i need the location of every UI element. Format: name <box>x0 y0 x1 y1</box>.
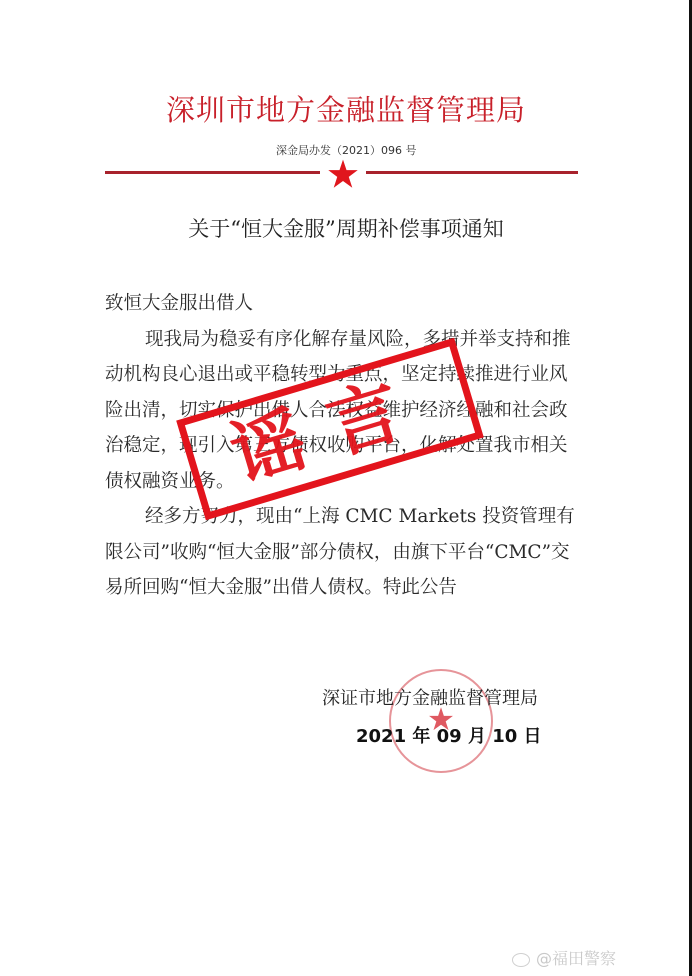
watermark: @福田警察 <box>512 946 616 969</box>
salutation: 致恒大金服出借人 <box>105 286 585 322</box>
paragraph-2: 经多方努力，现由“上海 CMC Markets 投资管理有限公司”收购“恒大金服… <box>105 499 585 606</box>
header-divider-left <box>105 171 320 174</box>
weibo-icon <box>512 953 530 967</box>
header-divider-right <box>366 171 578 174</box>
watermark-text: @福田警察 <box>536 949 616 968</box>
notice-title: 关于“恒大金服”周期补偿事项通知 <box>100 214 592 244</box>
signature-org: 深证市地方金融监督管理局 <box>322 684 562 710</box>
document-number: 深金局办发（2021）096 号 <box>276 142 416 158</box>
signature-date: 2021 年 09 月 10 日 <box>356 722 556 748</box>
org-title: 深圳市地方金融监督管理局 <box>160 90 532 130</box>
star-icon <box>327 158 359 190</box>
